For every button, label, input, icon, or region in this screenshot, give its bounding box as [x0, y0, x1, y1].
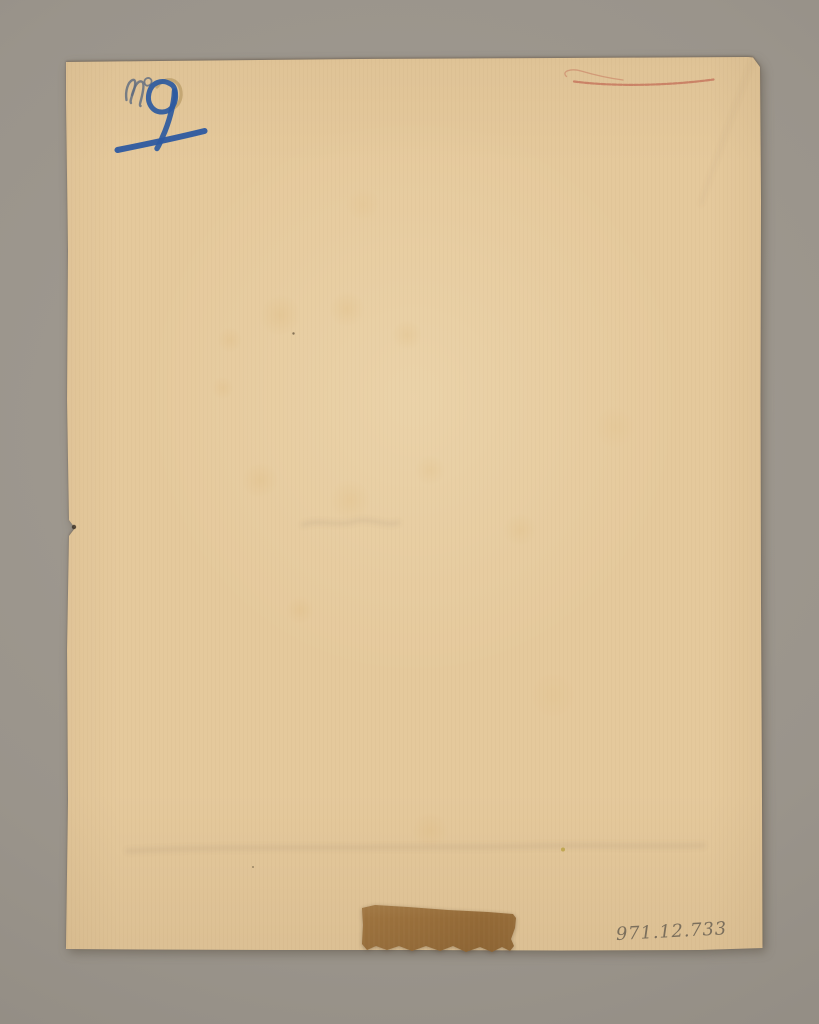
paper-surface	[63, 55, 765, 955]
tape-surface	[353, 901, 523, 961]
paper-stains	[63, 55, 765, 955]
paper-sheet-verso	[0, 0, 819, 1024]
photo-backdrop: 971.12.733	[0, 0, 819, 1024]
tape-strip	[353, 901, 523, 961]
